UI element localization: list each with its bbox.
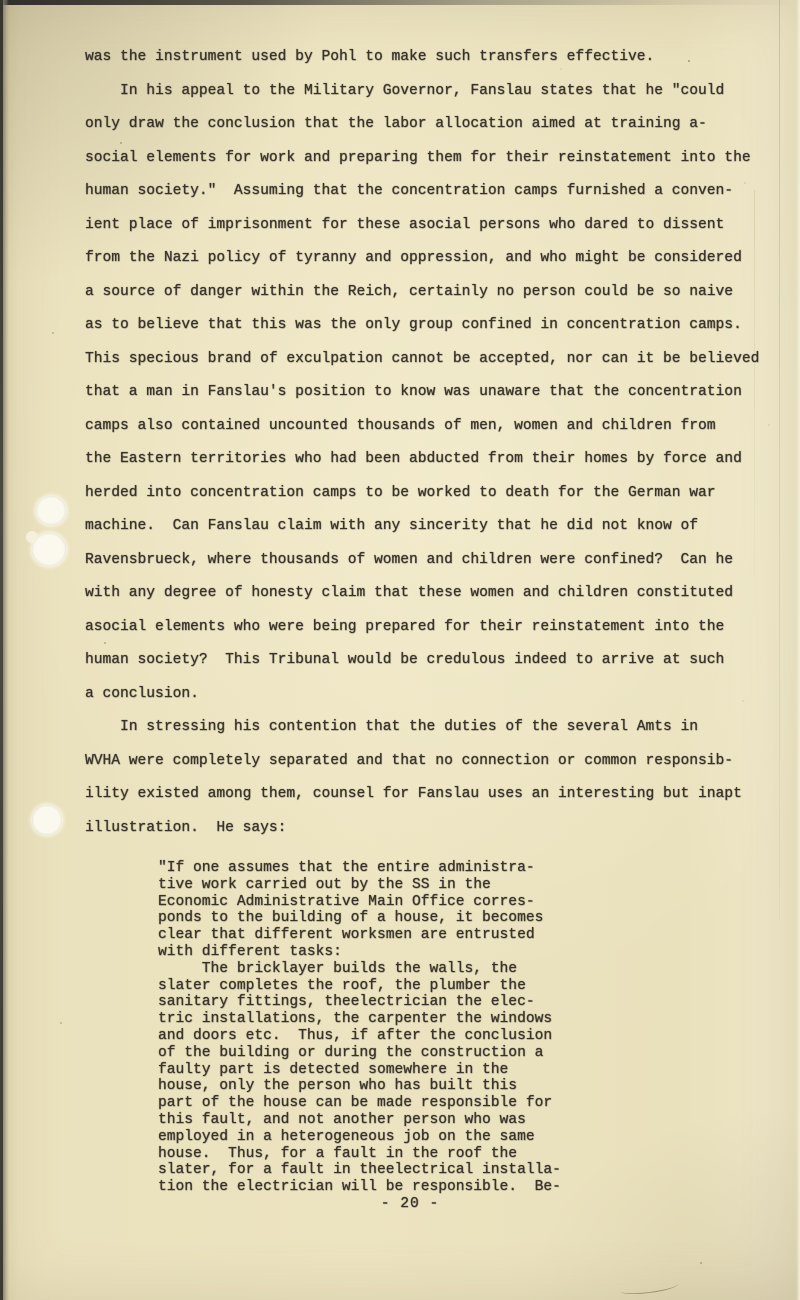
text-line: clear that different worksmen are entrus… (158, 927, 718, 944)
document-page: was the instrument used by Pohl to make … (0, 0, 800, 1300)
paper-specks (0, 0, 2, 2)
text-line: "If one assumes that the entire administ… (158, 860, 718, 877)
text-line: WVHA were completely separated and that … (85, 745, 785, 779)
text-line: This specious brand of exculpation canno… (85, 343, 785, 377)
text-line: from the Nazi policy of tyranny and oppr… (85, 242, 785, 276)
punch-hole (32, 533, 66, 566)
text-line: human society." Assuming that the concen… (85, 175, 785, 209)
punch-hole (36, 496, 66, 525)
text-line: Economic Administrative Main Office corr… (158, 894, 718, 911)
text-line: asocial elements who were being prepared… (85, 611, 785, 645)
text-line: illustration. He says: (85, 812, 785, 846)
text-line: that a man in Fanslau's position to know… (85, 376, 785, 410)
punch-hole (32, 805, 62, 835)
text-line: house. Thus, for a fault in the roof the (158, 1146, 718, 1163)
text-line: ponds to the building of a house, it bec… (158, 910, 718, 927)
text-line: social elements for work and preparing t… (85, 142, 785, 176)
text-line: In his appeal to the Military Governor, … (85, 75, 785, 109)
text-line: only draw the conclusion that the labor … (85, 108, 785, 142)
text-line: sanitary fittings, theelectrician the el… (158, 994, 718, 1011)
text-line: ility existed among them, counsel for Fa… (85, 778, 785, 812)
text-line: camps also contained uncounted thousands… (85, 410, 785, 444)
text-line: human society? This Tribunal would be cr… (85, 644, 785, 678)
text-line: tive work carried out by the SS in the (158, 877, 718, 894)
text-line: slater completes the roof, the plumber t… (158, 978, 718, 995)
text-line: this fault, and not another person who w… (158, 1112, 718, 1129)
scan-edge-top (0, 0, 800, 5)
text-line: In stressing his contention that the dut… (85, 711, 785, 745)
text-line: The bricklayer builds the walls, the (158, 961, 718, 978)
text-line: a conclusion. (85, 678, 785, 712)
text-line: with any degree of honesty claim that th… (85, 577, 785, 611)
text-line: a source of danger within the Reich, cer… (85, 276, 785, 310)
text-line: of the building or during the constructi… (158, 1045, 718, 1062)
text-line: as to believe that this was the only gro… (85, 309, 785, 343)
text-line: Ravensbrueck, where thousands of women a… (85, 544, 785, 578)
text-line: the Eastern territories who had been abd… (85, 443, 785, 477)
body-paragraphs: was the instrument used by Pohl to make … (85, 41, 785, 845)
text-line: faulty part is detected somewhere in the (158, 1062, 718, 1079)
text-line: with different tasks: (158, 944, 718, 961)
pencil-mark (620, 1279, 679, 1297)
scan-edge-right (796, 0, 800, 1300)
scan-edge-left-shade (3, 0, 9, 1300)
text-line: tion the electrician will be responsible… (158, 1179, 718, 1196)
scan-edge-left (0, 0, 3, 1300)
text-line: was the instrument used by Pohl to make … (85, 41, 785, 75)
page-number: - 20 - (85, 1196, 735, 1212)
text-line: machine. Can Fanslau claim with any sinc… (85, 510, 785, 544)
text-line: tric installations, the carpenter the wi… (158, 1011, 718, 1028)
text-line: employed in a heterogeneous job on the s… (158, 1129, 718, 1146)
text-line: slater, for a fault in theelectrical ins… (158, 1162, 718, 1179)
text-line: ient place of imprisonment for these aso… (85, 209, 785, 243)
text-line: herded into concentration camps to be wo… (85, 477, 785, 511)
text-line: part of the house can be made responsibl… (158, 1095, 718, 1112)
block-quote: "If one assumes that the entire administ… (158, 860, 718, 1196)
text-line: house, only the person who has built thi… (158, 1078, 718, 1095)
text-line: and doors etc. Thus, if after the conclu… (158, 1028, 718, 1045)
